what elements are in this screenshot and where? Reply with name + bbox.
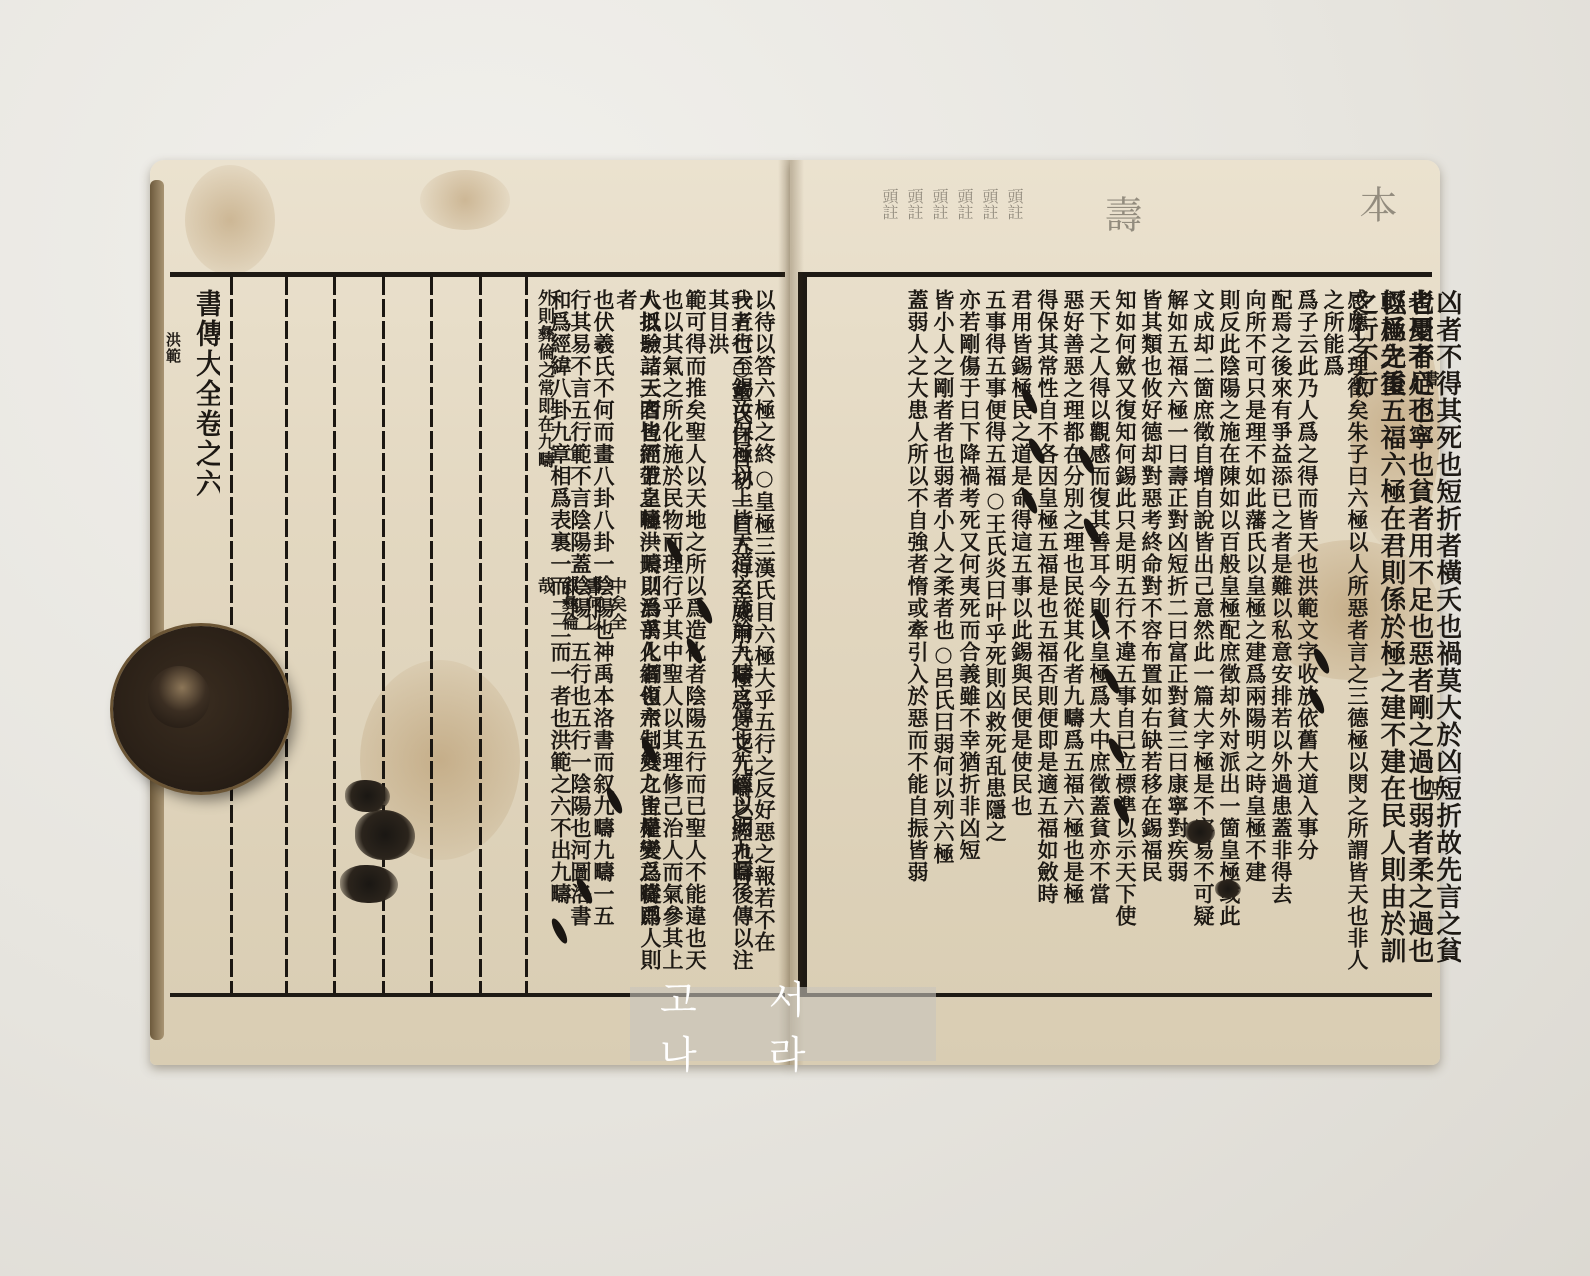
text-column: 向所不可只是理不如此藩氏以皇極之建爲兩陽明之時皇極不建 xyxy=(1243,289,1267,985)
text-column: 爲子云此乃人爲之得而皆天也洪範文字收放依舊大道入事分 xyxy=(1295,289,1319,985)
text-column: 配焉之後來有爭益添已之者是難以私意安排若以外過患蓋非得去 xyxy=(1269,289,1293,985)
text-column: 五事得五事便得五福○王氏炎曰叶乎死則凶救死乱患隱之 xyxy=(983,289,1007,985)
right-page-print-frame: 凶者不得其死也短折者橫夭也禍莫大於凶短折故先言之貧者用不足也 也憂者心不寧也貧者… xyxy=(798,272,1432,997)
right-page: 頭註 頭註 頭註 頭註 頭註 頭註 壽 本 凶者不得其死也短折者橫夭也禍莫大於凶… xyxy=(790,160,1440,1065)
text-column: 解如五福六極一曰壽正對凶短折二曰富正對貧三曰康寧對疾弱 xyxy=(1165,289,1189,985)
text-column: 也以其氣之所化施於民物而理行乎其中聖人以其理修己治人而氣參其上 xyxy=(660,289,684,985)
text-column: 範可得而推矣聖人以天地之所以爲造化者陰陽五行而已聖人不能違也天 xyxy=(683,289,707,985)
margin-character: 壽 xyxy=(1100,195,1140,233)
open-book: 書傳大全卷之六 洪範 以待以答六極之終○皇極三漢氏目六極大乎五行之反好惡之報若不… xyxy=(150,160,1440,1065)
ink-blot xyxy=(1215,880,1241,898)
column-rule xyxy=(525,277,528,993)
text-column: 外則彝倫之常即在九疇 xyxy=(532,289,556,533)
book-spine xyxy=(778,160,804,1065)
column-rule xyxy=(333,277,336,993)
head-note: 頭註 xyxy=(955,188,973,220)
watermark-text: 고 서 나 라 xyxy=(630,969,936,1079)
text-column: 皆其類也攸好德却對惡考終命對不容布置如右缺若移在錫福民 xyxy=(1139,289,1163,985)
ink-blot xyxy=(1185,820,1215,844)
ink-blot xyxy=(340,865,398,903)
text-column: 蓋弱人之大患人所以不自強者惰或牽引入於惡而不能自振皆弱 xyxy=(905,289,929,985)
water-stain xyxy=(420,170,510,230)
left-page-print-frame: 書傳大全卷之六 洪範 以待以答六極之終○皇極三漢氏目六極大乎五行之反好惡之報若不… xyxy=(170,272,785,997)
weight-knob xyxy=(148,666,210,728)
text-column: 以待以答六極之終○皇極三漢氏目六極大乎五行之反好惡之報若不在 xyxy=(752,289,776,985)
column-rule xyxy=(479,277,482,993)
fold-mark: 四 xyxy=(1418,780,1442,815)
text-column: 知如何歛又復知何錫此只是明五行不違五事自已立標準以示天下使 xyxy=(1113,289,1137,985)
text-column: 皆小人之剛者者也弱者小人之柔者也○呂氏曰弱何以列六極 xyxy=(931,289,955,985)
text-column: 文成却二箇庶徵自增自說皆出己意然此一篇大字極是不容易不可疑 xyxy=(1191,289,1215,985)
text-column: 八以驗諸天者也而五皇極一疇則爲萬化綱領帝制變之主是天爲從爲人則者 xyxy=(614,289,662,985)
text-column: 一五行至錫汝保極以上皆天道之施論九疇之傳也先經以明九疇後傳以注其目洪 xyxy=(706,289,754,985)
fold-mark: 書 xyxy=(1418,370,1442,415)
column-rule xyxy=(285,277,288,993)
ink-blot xyxy=(345,780,390,812)
head-note: 頭註 xyxy=(930,188,948,220)
column-rule xyxy=(430,277,433,993)
brass-weight xyxy=(113,626,289,792)
text-column: 得保其常性自不各因皇極五福是也五福否則便即是適五福如斂時 xyxy=(1035,289,1059,985)
head-note: 頭註 xyxy=(1005,188,1023,220)
margin-character: 本 xyxy=(1355,185,1395,223)
text-column: 中矣全書何以叙彝倫哉 xyxy=(532,577,628,633)
text-column: 天下之人得以觀感而復其善耳今則以皇極爲大中庶徵蓋貧亦不當 xyxy=(1087,289,1111,985)
text-column: 惡好善惡之理都在分別之理也民從其化者九疇爲五福六極也是極 xyxy=(1061,289,1085,985)
head-note: 頭註 xyxy=(905,188,923,220)
left-page: 書傳大全卷之六 洪範 以待以答六極之終○皇極三漢氏目六極大乎五行之反好惡之報若不… xyxy=(150,160,792,1065)
text-column: 感應之理徵矣朱子曰六極以人所惡者言之三德極以閔之所謂皆天也非人之所能爲 xyxy=(1321,289,1369,985)
ink-blot xyxy=(355,810,415,860)
head-note: 頭註 xyxy=(980,188,998,220)
water-stain xyxy=(185,165,275,275)
text-column: 也伏羲氏不何而畫八卦八卦一陰陽也神禹本洛書而叙九疇九疇一五 xyxy=(591,289,615,985)
head-note: 頭註 xyxy=(880,188,898,220)
watermark: 고 서 나 라 xyxy=(630,987,936,1061)
text-column: 亦若剛傷于曰下降禍考死又何夷死而合義雖不幸猶折非凶短 xyxy=(957,289,981,985)
